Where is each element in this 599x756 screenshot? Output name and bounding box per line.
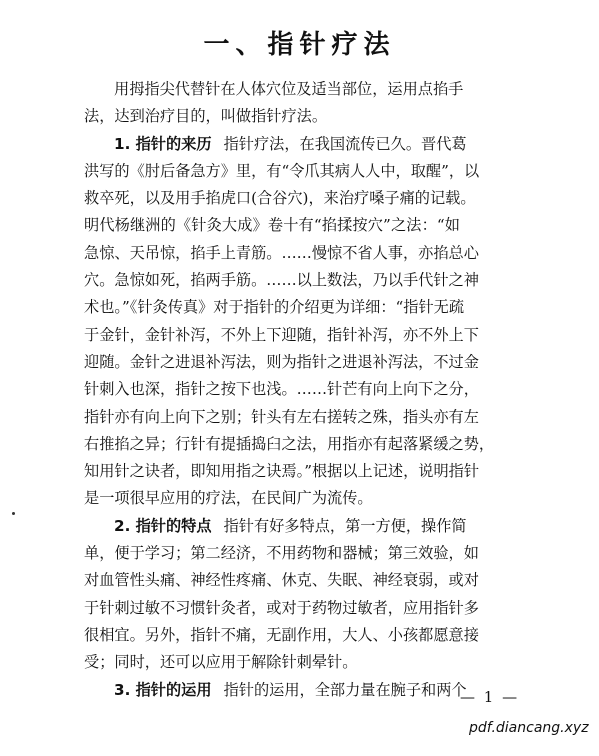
text-line: 于针刺过敏不习惯针灸者，或对于药物过敏者，应用指针多 xyxy=(84,595,460,622)
text-line: 术也。”《针灸传真》对于指针的介绍更为详细：“指针无疏 xyxy=(84,294,460,321)
document-body: 用拇指尖代替针在人体穴位及适当部位，运用点掐手 法，达到治疗目的，叫做指针疗法。… xyxy=(84,76,460,704)
page-title: 一、指针疗法 xyxy=(0,24,599,61)
section3-heading: 3. 指针的运用 xyxy=(114,681,212,699)
text-line: 于金针，金针补泻，不外上下迎随，指针补泻，亦不外上下 xyxy=(84,322,460,349)
text-line: 知用针之诀者，即知用指之诀焉。”根据以上记述，说明指针 xyxy=(84,458,460,485)
text-line: 单，便于学习；第二经济，不用药物和器械；第三效验，如 xyxy=(84,540,460,567)
section1-first-line: 1. 指针的来历指针疗法，在我国流传已久。晋代葛 xyxy=(84,131,460,158)
section2-first-line: 2. 指针的特点指针有好多特点，第一方便，操作简 xyxy=(84,513,460,540)
text-line: 穴。急惊如死，掐两手筋。……以上数法，乃以手代针之神 xyxy=(84,267,460,294)
text-line: 明代杨继洲的《针灸大成》卷十有“掐揉按穴”之法：“如 xyxy=(84,212,460,239)
intro-line: 法，达到治疗目的，叫做指针疗法。 xyxy=(84,103,460,130)
page-number: — 1 — xyxy=(460,688,519,706)
text-line: 迎随。金针之进退补泻法，则为指针之进退补泻法，不过金 xyxy=(84,349,460,376)
watermark: pdf.diancang.xyz xyxy=(469,720,589,736)
section1-heading: 1. 指针的来历 xyxy=(114,135,212,153)
text-line: 急惊、天吊惊，掐手上青筋。……慢惊不省人事，亦掐总心 xyxy=(84,240,460,267)
scan-speck xyxy=(12,512,15,515)
text-line: 右推掐之异；行针有提插捣臼之法，用指亦有起落紧缓之势， xyxy=(84,431,460,458)
section3-first-line: 3. 指针的运用指针的运用，全部力量在腕子和两个 xyxy=(84,677,460,704)
intro-line: 用拇指尖代替针在人体穴位及适当部位，运用点掐手 xyxy=(84,76,460,103)
section2-heading: 2. 指针的特点 xyxy=(114,517,212,535)
text-line: 受；同时，还可以应用于解除针刺晕针。 xyxy=(84,649,460,676)
text-line: 对血管性头痛、神经性疼痛、休克、失眠、神经衰弱，或对 xyxy=(84,567,460,594)
text-line: 洪写的《肘后备急方》里，有“令爪其病人人中，取醒”，以 xyxy=(84,158,460,185)
text-line: 很相宜。另外，指针不痛，无副作用，大人、小孩都愿意接 xyxy=(84,622,460,649)
text-line: 是一项很早应用的疗法，在民间广为流传。 xyxy=(84,485,460,512)
text-line: 救卒死，以及用手掐虎口(合谷穴)，来治疗嗓子痛的记载。 xyxy=(84,185,460,212)
text-line: 指针亦有向上向下之别；针头有左右搓转之殊，指头亦有左 xyxy=(84,404,460,431)
text-line: 针刺入也深，指针之按下也浅。……针芒有向上向下之分， xyxy=(84,376,460,403)
